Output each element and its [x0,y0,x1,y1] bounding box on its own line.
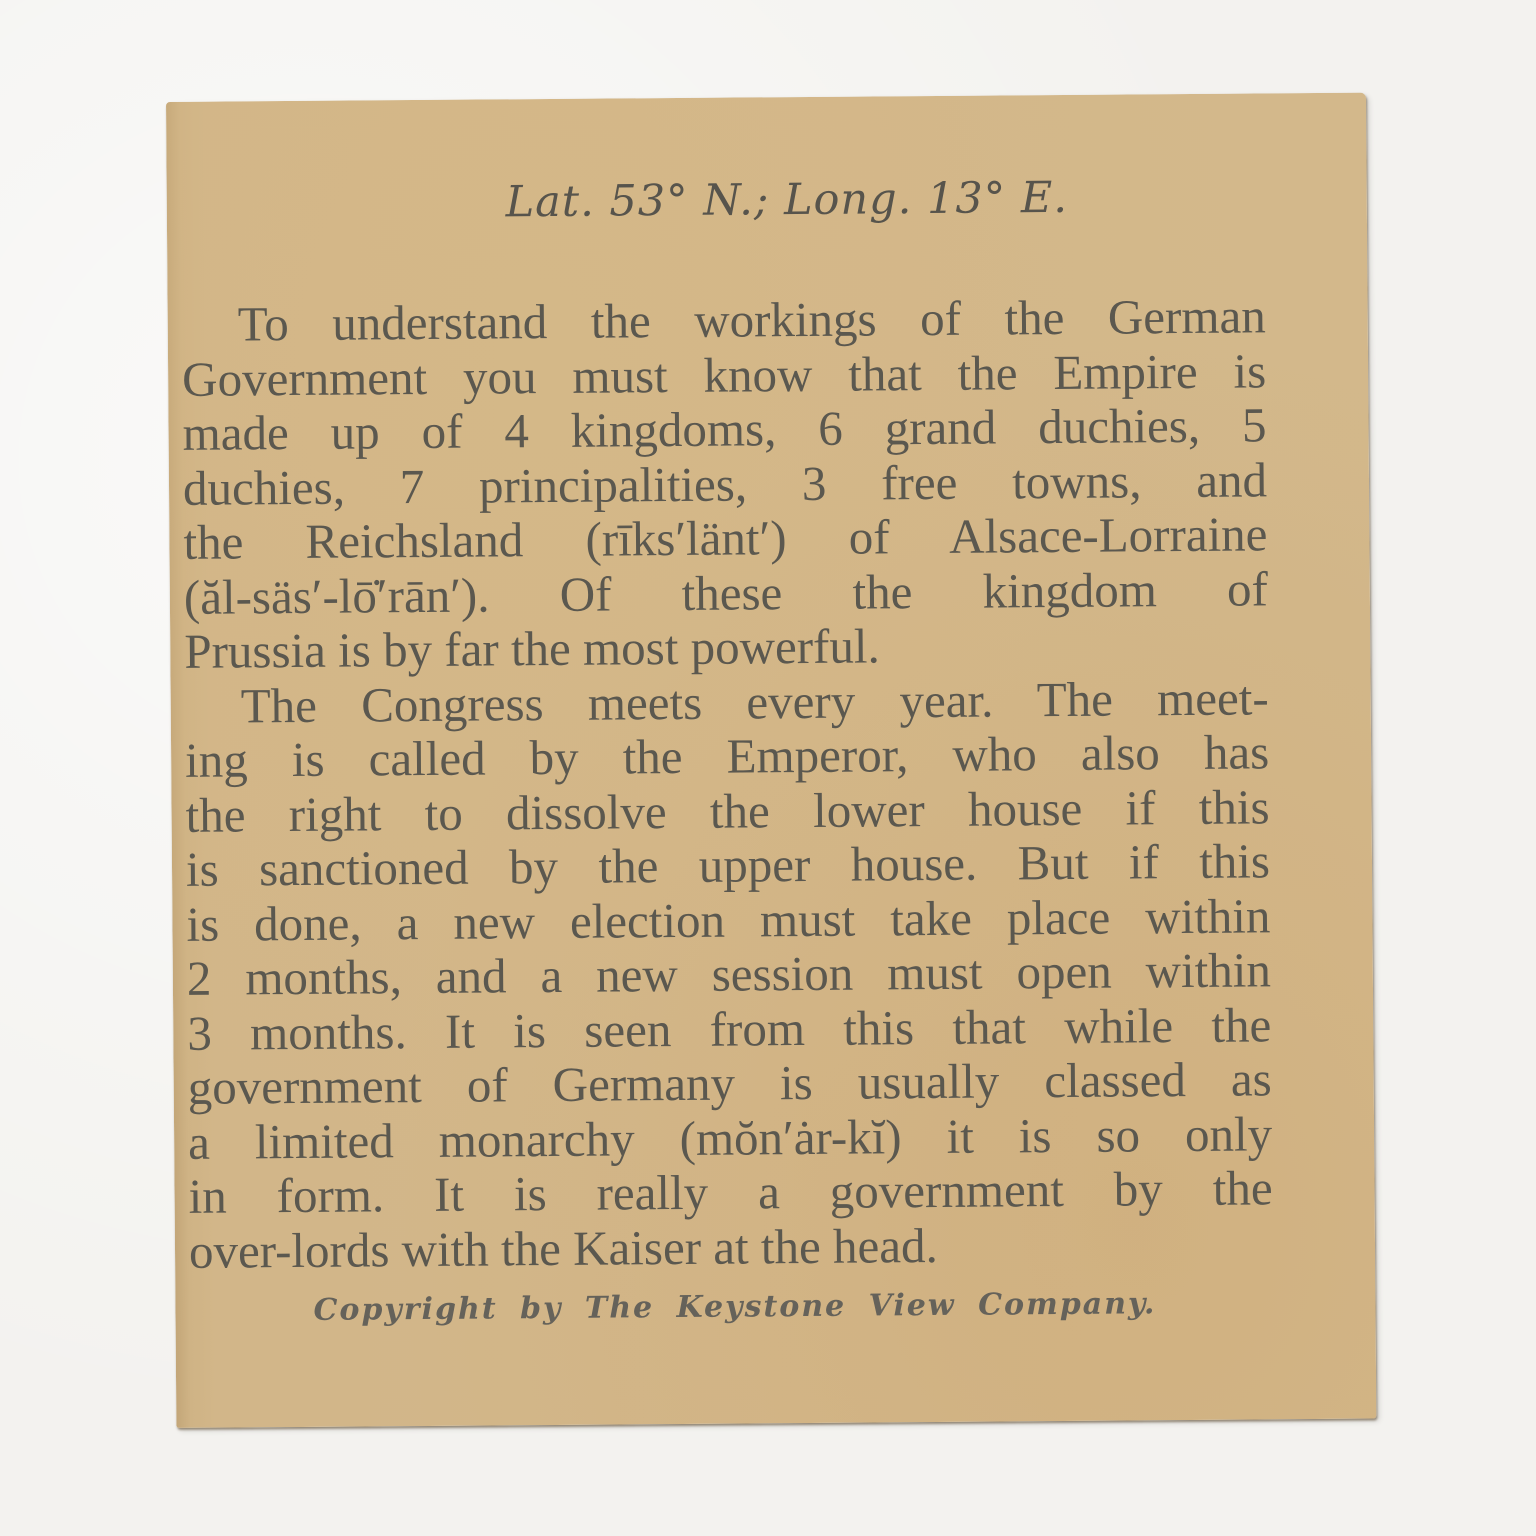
text-line: 2 months, and a new session must open wi… [187,943,1271,1006]
text-line: the right to dissolve the lower house if… [185,780,1269,843]
stereoview-card-back: Lat. 53° N.; Long. 13° E. To understand … [166,93,1376,1428]
text-line: is done, a new election must take place … [186,889,1270,952]
coordinates-heading: Lat. 53° N.; Long. 13° E. [167,171,1367,230]
text-line: a limited monarchy (mŏn′ȧr-kĭ) it is so … [188,1107,1272,1170]
text-line: (ăl-säs′-lō̇′rān′). Of these the kingdom… [184,562,1268,625]
text-line: in form. It is really a government by th… [188,1161,1272,1224]
text-line: government of Germany is usually classed… [188,1052,1272,1115]
paragraph-2: The Congress meets every year. The meet-… [185,671,1274,1279]
text-line: Prussia is by far the most powerful. [184,616,1268,679]
text-line: ing is called by the Emperor, who also h… [185,725,1269,788]
text-line: is sanctioned by the upper house. But if… [186,834,1270,897]
text-line: Government you must know that the Empire… [182,344,1266,407]
text-line: The Congress meets every year. The meet- [185,671,1269,734]
paragraph-1: To understand the workings of the German… [182,289,1269,679]
text-line: the Reichsland (rīks′länt′) of Alsace-Lo… [183,507,1267,570]
text-line: duchies, 7 principalities, 3 free towns,… [183,453,1267,516]
text-line: 3 months. It is seen from this that whil… [187,998,1271,1061]
text-line: made up of 4 kingdoms, 6 grand duchies, … [182,398,1266,461]
card-body-text: To understand the workings of the German… [182,289,1274,1278]
copyright-notice: Copyright by The Keystone View Company. [313,1286,1156,1328]
text-line: over-lords with the Kaiser at the head. [189,1216,1273,1279]
text-line: To understand the workings of the German [182,289,1266,352]
